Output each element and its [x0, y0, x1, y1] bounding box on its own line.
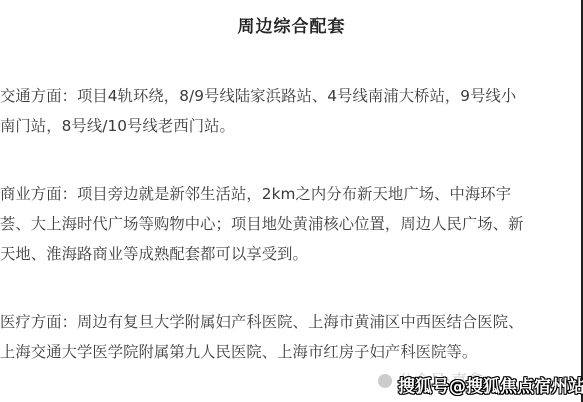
section-line: 商业方面：项目旁边就是新邻生活站，2km之内分布新天地广场、中海环宇 — [0, 179, 578, 209]
wechat-icon — [378, 374, 392, 388]
page-title: 周边综合配套 — [0, 12, 583, 37]
section-line: 天地、淮海路商业等成熟配套都可以享受到。 — [0, 239, 578, 269]
section-line: 医疗方面：周边有复旦大学附属妇产科医院、上海市黄浦区中西医结合医院、 — [0, 307, 578, 337]
section-transport: 交通方面：项目4轨环绕，8/9号线陆家浜路站、4号线南浦大桥站，9号线小 南门站… — [0, 81, 578, 141]
sohu-watermark: 搜狐号@搜狐焦点宿州站 — [398, 372, 583, 397]
section-medical: 医疗方面：周边有复旦大学附属妇产科医院、上海市黄浦区中西医结合医院、 上海交通大… — [0, 307, 578, 367]
section-line: 交通方面：项目4轨环绕，8/9号线陆家浜路站、4号线南浦大桥站，9号线小 — [0, 81, 578, 111]
section-commerce: 商业方面：项目旁边就是新邻生活站，2km之内分布新天地广场、中海环宇 荟、大上海… — [0, 179, 578, 269]
section-line: 南门站，8号线/10号线老西门站。 — [0, 111, 578, 141]
section-line: 上海交通大学医学院附属第九人民医院、上海市红房子妇产科医院等。 — [0, 337, 578, 367]
section-line: 荟、大上海时代广场等购物中心；项目地处黄浦核心位置，周边人民广场、新 — [0, 209, 578, 239]
